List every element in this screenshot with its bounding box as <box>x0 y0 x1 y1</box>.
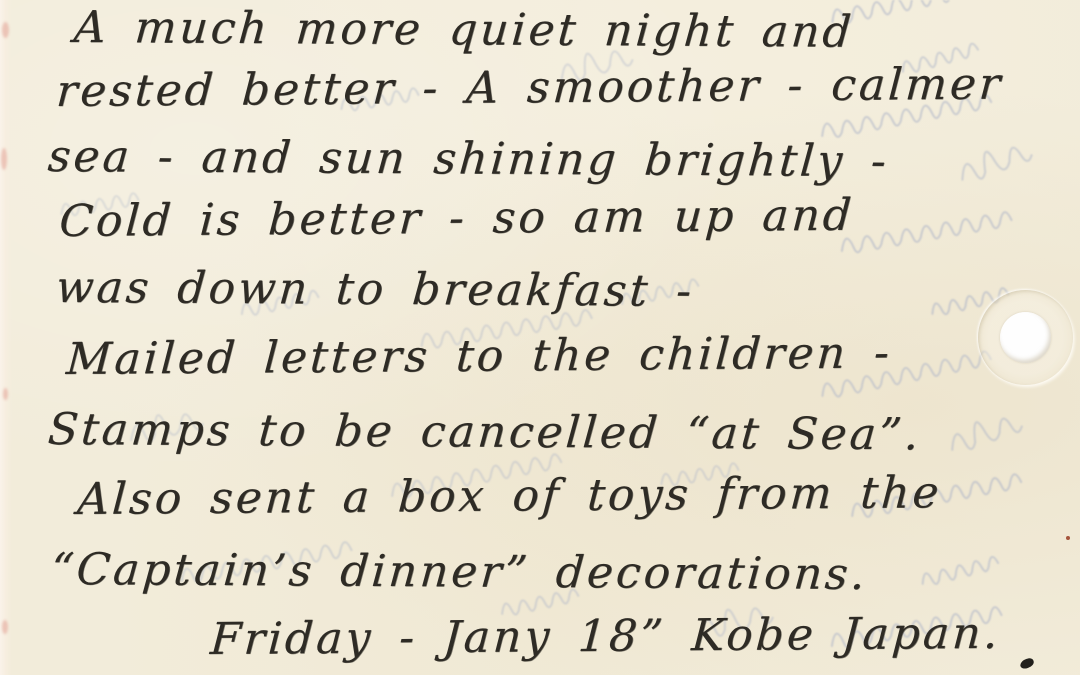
scan-speck <box>3 388 8 400</box>
scan-edge <box>0 0 12 675</box>
scan-speck <box>1 148 7 170</box>
handwriting-line-8: Also sent a box of toys from the <box>76 467 943 525</box>
handwriting-line-6: Mailed letters to the children - <box>65 328 894 386</box>
handwriting-line-10: Friday - Jany 18” Kobe Japan. <box>209 608 1002 665</box>
scan-speck <box>2 22 9 38</box>
handwriting-line-2: rested better - A smoother - calmer <box>55 59 1005 117</box>
handwriting-line-4: Cold is better - so am up and <box>58 190 856 247</box>
handwriting-line-1: A much more quiet night and <box>72 2 856 58</box>
handwriting-line-9: “Captain’s dinner” decorations. <box>49 544 870 600</box>
handwriting-line-7: Stamps to be cancelled “at Sea”. <box>46 404 923 460</box>
handwriting-line-5: was down to breakfast - <box>54 262 696 317</box>
red-speck <box>1066 536 1070 540</box>
diary-page: A much more quiet night and rested bette… <box>0 0 1080 675</box>
hole-punch <box>1000 312 1051 363</box>
scan-speck <box>2 620 8 634</box>
handwriting-line-3: sea - and sun shining brightly - <box>46 131 891 187</box>
